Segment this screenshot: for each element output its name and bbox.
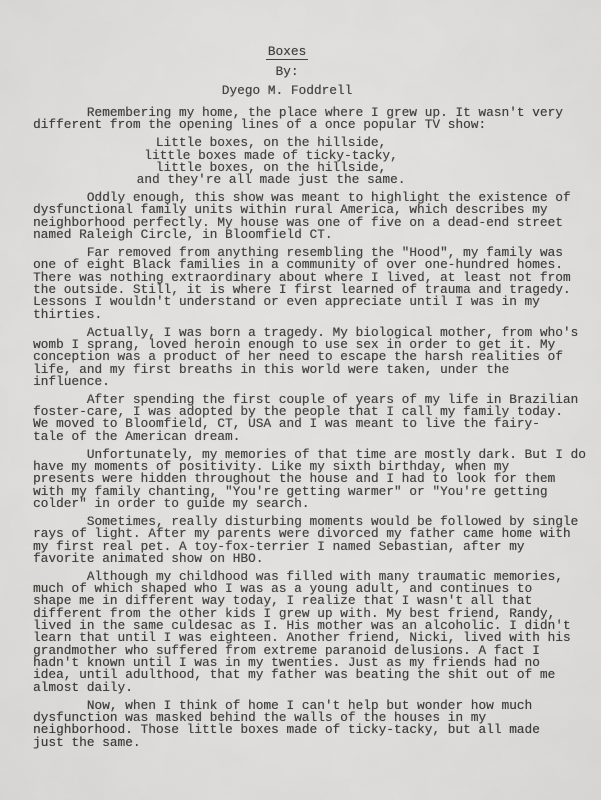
paragraph: Far removed from anything resembling the… [33, 247, 573, 321]
paragraph: Now, when I think of home I can't help b… [33, 700, 573, 749]
title-block: Boxes By: Dyego M. Foddrell [0, 46, 574, 98]
text-line: just the same. [33, 737, 573, 749]
text-line: tale of the American dream. [33, 431, 573, 443]
byline: By: [0, 66, 574, 78]
text-line: colder" in order to guide my search. [33, 498, 573, 510]
text-line: and they're all made just the same. [33, 174, 509, 186]
text-line: named Raleigh Circle, in Bloomfield CT. [33, 229, 573, 241]
text-line: favorite animated show on HBO. [33, 553, 573, 565]
paragraph: Oddly enough, this show was meant to hig… [33, 192, 573, 241]
paragraph: After spending the first couple of years… [33, 394, 573, 443]
document-page: Boxes By: Dyego M. Foddrell Remembering … [0, 0, 601, 800]
poem-stanza: Little boxes, on the hillside,little box… [33, 137, 509, 186]
paragraph: Unfortunately, my memories of that time … [33, 449, 573, 511]
paragraph: Remembering my home, the place where I g… [33, 107, 573, 132]
text-line: Lessons I wouldn't understand or even ap… [33, 296, 573, 308]
paragraph: Sometimes, really disturbing moments wou… [33, 516, 573, 565]
text-line: influence. [33, 376, 573, 388]
text-line: life, and my first breaths in this world… [33, 364, 573, 376]
essay-body: Remembering my home, the place where I g… [33, 107, 573, 755]
author-name: Dyego M. Foddrell [0, 85, 574, 97]
text-line: almost daily. [33, 682, 573, 694]
text-line: different from the opening lines of a on… [33, 119, 573, 131]
text-line: thirties. [33, 309, 573, 321]
essay-title: Boxes [0, 46, 574, 60]
paragraph: Actually, I was born a tragedy. My biolo… [33, 327, 573, 389]
paragraph: Although my childhood was filled with ma… [33, 571, 573, 694]
